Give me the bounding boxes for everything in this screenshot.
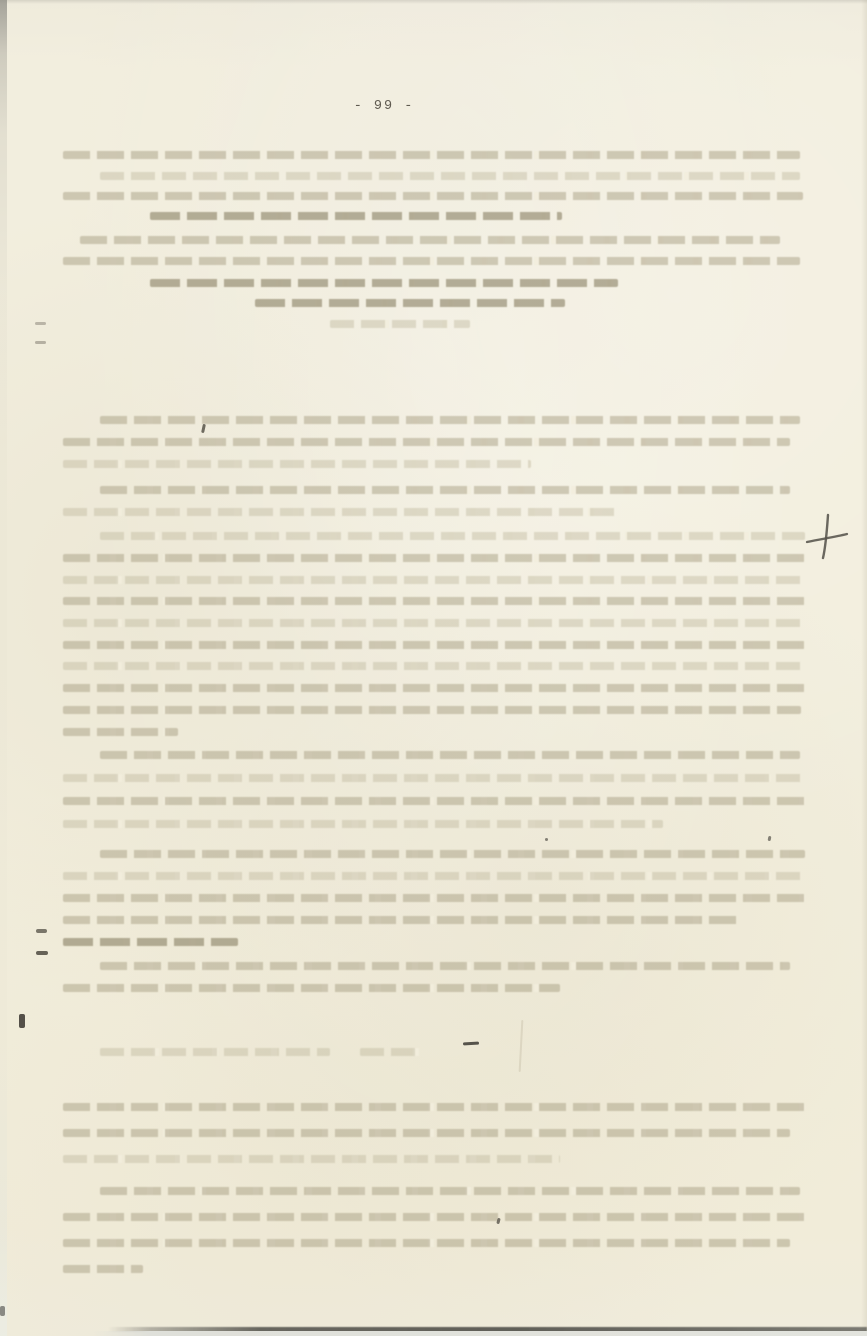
faded-text-line: [63, 774, 805, 782]
faded-text-line: [100, 850, 805, 858]
faded-text-line: [360, 1048, 420, 1056]
scan-bottom-offpage-band: [0, 1331, 867, 1336]
faded-text-line: [100, 532, 805, 540]
margin-dash: [35, 341, 46, 344]
faded-text-line: [150, 279, 618, 287]
faded-text-line: [63, 257, 800, 265]
faded-text-line: [63, 151, 800, 159]
faded-text-line: [100, 1187, 800, 1195]
faded-text-line: [63, 641, 805, 649]
faded-text-line: [100, 486, 790, 494]
faded-text-line: [63, 554, 805, 562]
faded-text-line: [63, 192, 803, 200]
margin-tick: [19, 1014, 25, 1028]
faded-text-line: [63, 894, 805, 902]
formula-faint-stroke: [519, 1020, 524, 1072]
faded-text-line: [63, 684, 805, 692]
faded-text-line: [80, 236, 780, 244]
faded-text-line: [63, 1155, 560, 1163]
faded-text-line: [63, 938, 238, 946]
ink-speck: [496, 1218, 500, 1225]
faded-text-line: [330, 320, 470, 328]
scan-left-edge-shadow: [0, 0, 7, 1336]
faded-text-line: [63, 1239, 790, 1247]
faded-text-line: [255, 299, 565, 307]
faded-text-line: [63, 1103, 805, 1111]
faded-text-line: [100, 751, 800, 759]
margin-dash: [36, 929, 47, 933]
margin-dash: [35, 322, 46, 325]
apostrophe-mark: [201, 424, 206, 433]
faded-text-line: [150, 212, 562, 220]
faded-text-line: [63, 1213, 805, 1221]
faded-text-line: [100, 172, 800, 180]
faded-text-line: [63, 1265, 143, 1273]
page-number: - 99 -: [348, 99, 420, 114]
faded-text-line: [63, 508, 620, 516]
scan-right-edge-shadow: [861, 0, 867, 1336]
faded-text-line: [100, 962, 790, 970]
faded-text-line: [63, 916, 743, 924]
faded-text-line: [63, 438, 790, 446]
scanned-document-page: - 99 -: [0, 0, 867, 1336]
faded-text-line: [63, 706, 801, 714]
faded-text-line: [63, 597, 805, 605]
faded-text-line: [63, 728, 178, 736]
faded-text-line: [63, 460, 531, 468]
faded-text-line: [63, 662, 803, 670]
margin-dash: [36, 951, 48, 955]
scan-top-edge-shadow: [0, 0, 867, 4]
ink-speck: [768, 836, 772, 841]
faded-text-line: [63, 872, 805, 880]
faded-text-line: [63, 984, 560, 992]
faded-text-line: [100, 416, 800, 424]
formula-fraction-bar: [463, 1042, 479, 1046]
faded-text-line: [63, 576, 803, 584]
faded-text-line: [63, 820, 663, 828]
faded-text-line: [63, 1129, 790, 1137]
faded-text-line: [63, 619, 801, 627]
faded-text-line: [63, 797, 808, 805]
edge-notch: [0, 1306, 5, 1316]
ink-speck: [545, 838, 548, 841]
faded-text-line: [100, 1048, 330, 1056]
handwritten-plus-mark: [800, 508, 856, 568]
